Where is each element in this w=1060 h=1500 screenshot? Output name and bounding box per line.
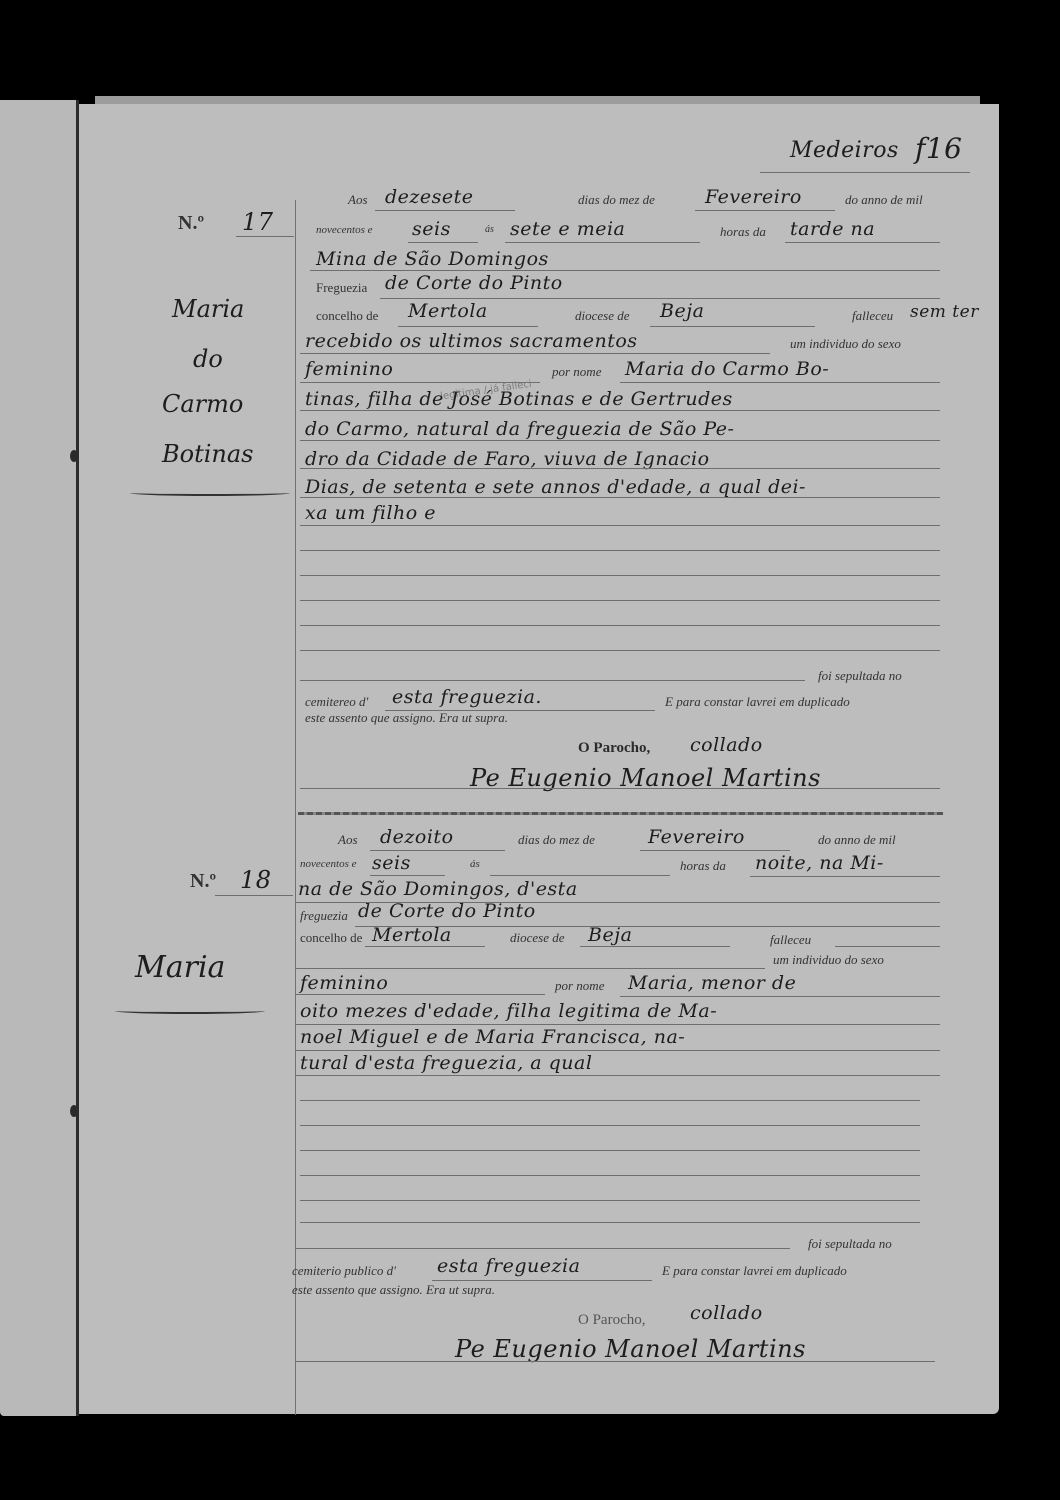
label-dias-do-mez: dias do mez de [518,832,595,848]
label-freguezia: Freguezia [316,280,367,296]
field-falleceu-note: sem ter [910,302,979,322]
field-year: seis [412,218,451,240]
blank-line [300,1222,920,1223]
field-period: noite, na Mi- [755,852,884,874]
label-freguezia: freguezia [300,908,348,924]
label-diocese: diocese de [575,308,630,324]
field-line [750,876,940,877]
margin-name-line: do [193,345,223,373]
label-falleceu: falleceu [852,308,893,324]
field-line [300,525,940,526]
field-day: dezoito [380,826,454,848]
field-freguezia: de Corte do Pinto [358,900,536,922]
field-diocese: Beja [588,924,632,946]
field-name: Maria, menor de [628,972,796,994]
blank-line [300,600,940,601]
body-line: dro da Cidade de Faro, viuva de Ignacio [305,448,710,470]
record-number: 18 [240,866,272,894]
field-line [640,850,790,851]
label-falleceu: falleceu [770,932,811,948]
field-line [620,382,940,383]
field-line [300,680,805,681]
label-individuo: um individuo do sexo [773,952,884,968]
field-line [398,326,538,327]
folio-number: f16 [915,132,963,165]
label-anno: do anno de mil [818,832,896,848]
blank-line [300,1150,920,1151]
parocho-label: O Parocho, [578,740,650,757]
blank-line [300,650,940,651]
body-line: noel Miguel e de Maria Francisca, na- [300,1026,685,1048]
field-line [295,1024,940,1025]
field-collado: collado [690,1302,763,1324]
margin-name-line: Carmo [162,390,243,418]
field-line [380,298,940,299]
number-underline [215,895,293,896]
label-sepultada: foi sepultada no [808,1236,892,1252]
field-line [295,1248,790,1249]
label-aos: Aos [348,192,368,208]
field-line [490,875,670,876]
body-line: do Carmo, natural da freguezia de São Pe… [305,418,734,440]
field-line [505,242,700,243]
closing-text: este assento que assigno. Era ut supra. [305,710,508,726]
body-line: xa um filho e [305,502,436,524]
body-line: tinas, filha de José Botinas e de Gertru… [305,388,733,410]
margin-name-line: Botinas [162,440,254,468]
field-line [695,210,835,211]
priest-signature: Pe Eugenio Manoel Martins [455,1335,806,1363]
label-dias-do-mez: dias do mez de [578,192,655,208]
name-flourish [130,490,290,496]
label-horas: horas da [720,224,766,240]
body-line: oito mezes d'edade, filha legitima de Ma… [300,1000,717,1022]
field-name: Maria do Carmo Bo- [625,358,829,380]
page-edge [95,96,980,104]
closing-text: este assento que assigno. Era ut supra. [292,1282,495,1298]
closing-text: E para constar lavrei em duplicado [665,694,850,710]
signature-line [295,1361,935,1362]
label-por-nome: por nome [552,364,601,380]
field-day: dezesete [385,186,474,208]
field-line [300,353,770,354]
label-as: ás [485,224,494,235]
blank-line [300,575,940,576]
field-line [370,850,505,851]
field-line [835,946,940,947]
blank-line [300,1175,920,1176]
label-concelho: concelho de [300,930,362,946]
field-line [300,497,940,498]
label-por-nome: por nome [555,978,604,994]
label-aos: Aos [338,832,358,848]
label-individuo: um individuo do sexo [790,336,901,352]
label-horas: horas da [680,858,726,874]
field-year: seis [372,852,411,874]
field-line [300,440,940,441]
margin-rule [295,200,296,1415]
blank-line [300,1100,920,1101]
field-line [295,1075,940,1076]
label-cemiterio: cemiterio publico d' [292,1263,396,1279]
field-concelho: Mertola [408,300,488,322]
parocho-label: O Parocho, [578,1312,646,1329]
record-divider [298,812,943,815]
body-line: Dias, de setenta e sete annos d'edade, a… [305,476,806,498]
label-novecentos: novecentos e [300,858,357,870]
field-hour: sete e meia [510,218,625,240]
field-line [375,210,515,211]
field-line [408,242,478,243]
blank-line [300,1125,920,1126]
folio-underline [760,172,970,173]
field-line [650,326,815,327]
field-line [300,410,940,411]
signature-line [300,788,940,789]
body-line: tural d'esta freguezia, a qual [300,1052,592,1074]
field-line [300,468,940,469]
field-period: tarde na [790,218,875,240]
field-cemiterio: esta freguezia [437,1255,580,1277]
field-diocese: Beja [660,300,704,322]
field-freguezia: de Corte do Pinto [385,272,563,294]
record-number-label: N.º [178,212,204,235]
name-flourish [115,1008,265,1014]
field-line [580,946,730,947]
field-line [620,996,940,997]
field-line [295,1050,940,1051]
record-number-label: N.º [190,870,216,893]
field-place: na de São Domingos, d'esta [298,878,578,900]
field-month: Fevereiro [648,826,745,848]
field-sex: feminino [300,972,388,994]
label-novecentos: novecentos e [316,224,373,236]
field-line [365,946,485,947]
field-month: Fevereiro [705,186,802,208]
field-line [785,242,940,243]
number-underline [236,236,294,237]
field-line [370,875,445,876]
field-line [295,968,765,969]
field-sacraments: recebido os ultimos sacramentos [305,330,638,352]
field-cemiterio: esta freguezia. [392,686,542,708]
field-collado: collado [690,734,763,756]
facing-page [0,100,77,1416]
record-number: 17 [242,208,274,236]
field-sex: feminino [305,358,393,380]
blank-line [300,1200,920,1201]
folio-annotation: Medeiros [790,138,899,163]
label-cemiterio: cemitereo d' [305,694,368,710]
closing-text: E para constar lavrei em duplicado [662,1263,847,1279]
label-as: ás [470,858,480,870]
field-line [432,1280,652,1281]
field-line [310,270,940,271]
label-sepultada: foi sepultada no [818,668,902,684]
field-place: Mina de São Domingos [316,248,549,270]
label-concelho: concelho de [316,308,378,324]
margin-name-line: Maria [135,950,225,985]
field-line [295,994,545,995]
blank-line [300,550,940,551]
margin-name-line: Maria [172,295,244,323]
label-diocese: diocese de [510,930,565,946]
label-anno: do anno de mil [845,192,923,208]
blank-line [300,625,940,626]
field-concelho: Mertola [372,924,452,946]
